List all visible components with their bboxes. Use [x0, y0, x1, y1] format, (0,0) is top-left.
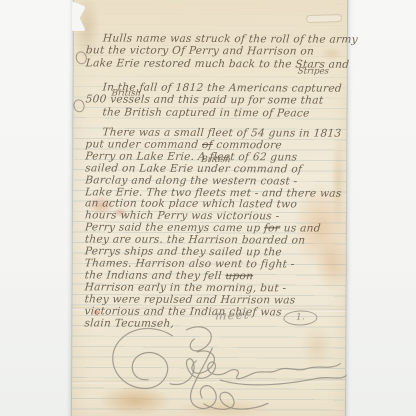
handwritten-line: the British captured in time of Peace	[85, 106, 342, 120]
line-segment: commodore	[212, 139, 282, 151]
paragraph-2: In the fall of 1812 the Americans captur…	[85, 81, 341, 119]
struck-word: upon	[225, 270, 254, 282]
paragraph-1: Hulls name was struck of the roll of the…	[86, 32, 342, 70]
letter-page: Hulls name was struck of the roll of the…	[71, 0, 348, 416]
line-segment: us and	[280, 223, 322, 235]
emboss-mark	[306, 14, 342, 23]
screenshot-root: { "meta": { "kind": "scanned handwritten…	[0, 0, 416, 416]
struck-word: for	[264, 223, 281, 235]
signature-flourish	[100, 317, 350, 414]
handwritten-line: but the victory Of Perry and Harrison on	[85, 45, 342, 59]
line-segment: the Indians and they fell	[84, 269, 226, 282]
line-segment: put under command	[85, 138, 202, 151]
inserted-word-british: British	[111, 88, 141, 98]
inserted-word-british: British	[201, 155, 231, 165]
inserted-word-stripes: Stripes	[297, 66, 329, 76]
